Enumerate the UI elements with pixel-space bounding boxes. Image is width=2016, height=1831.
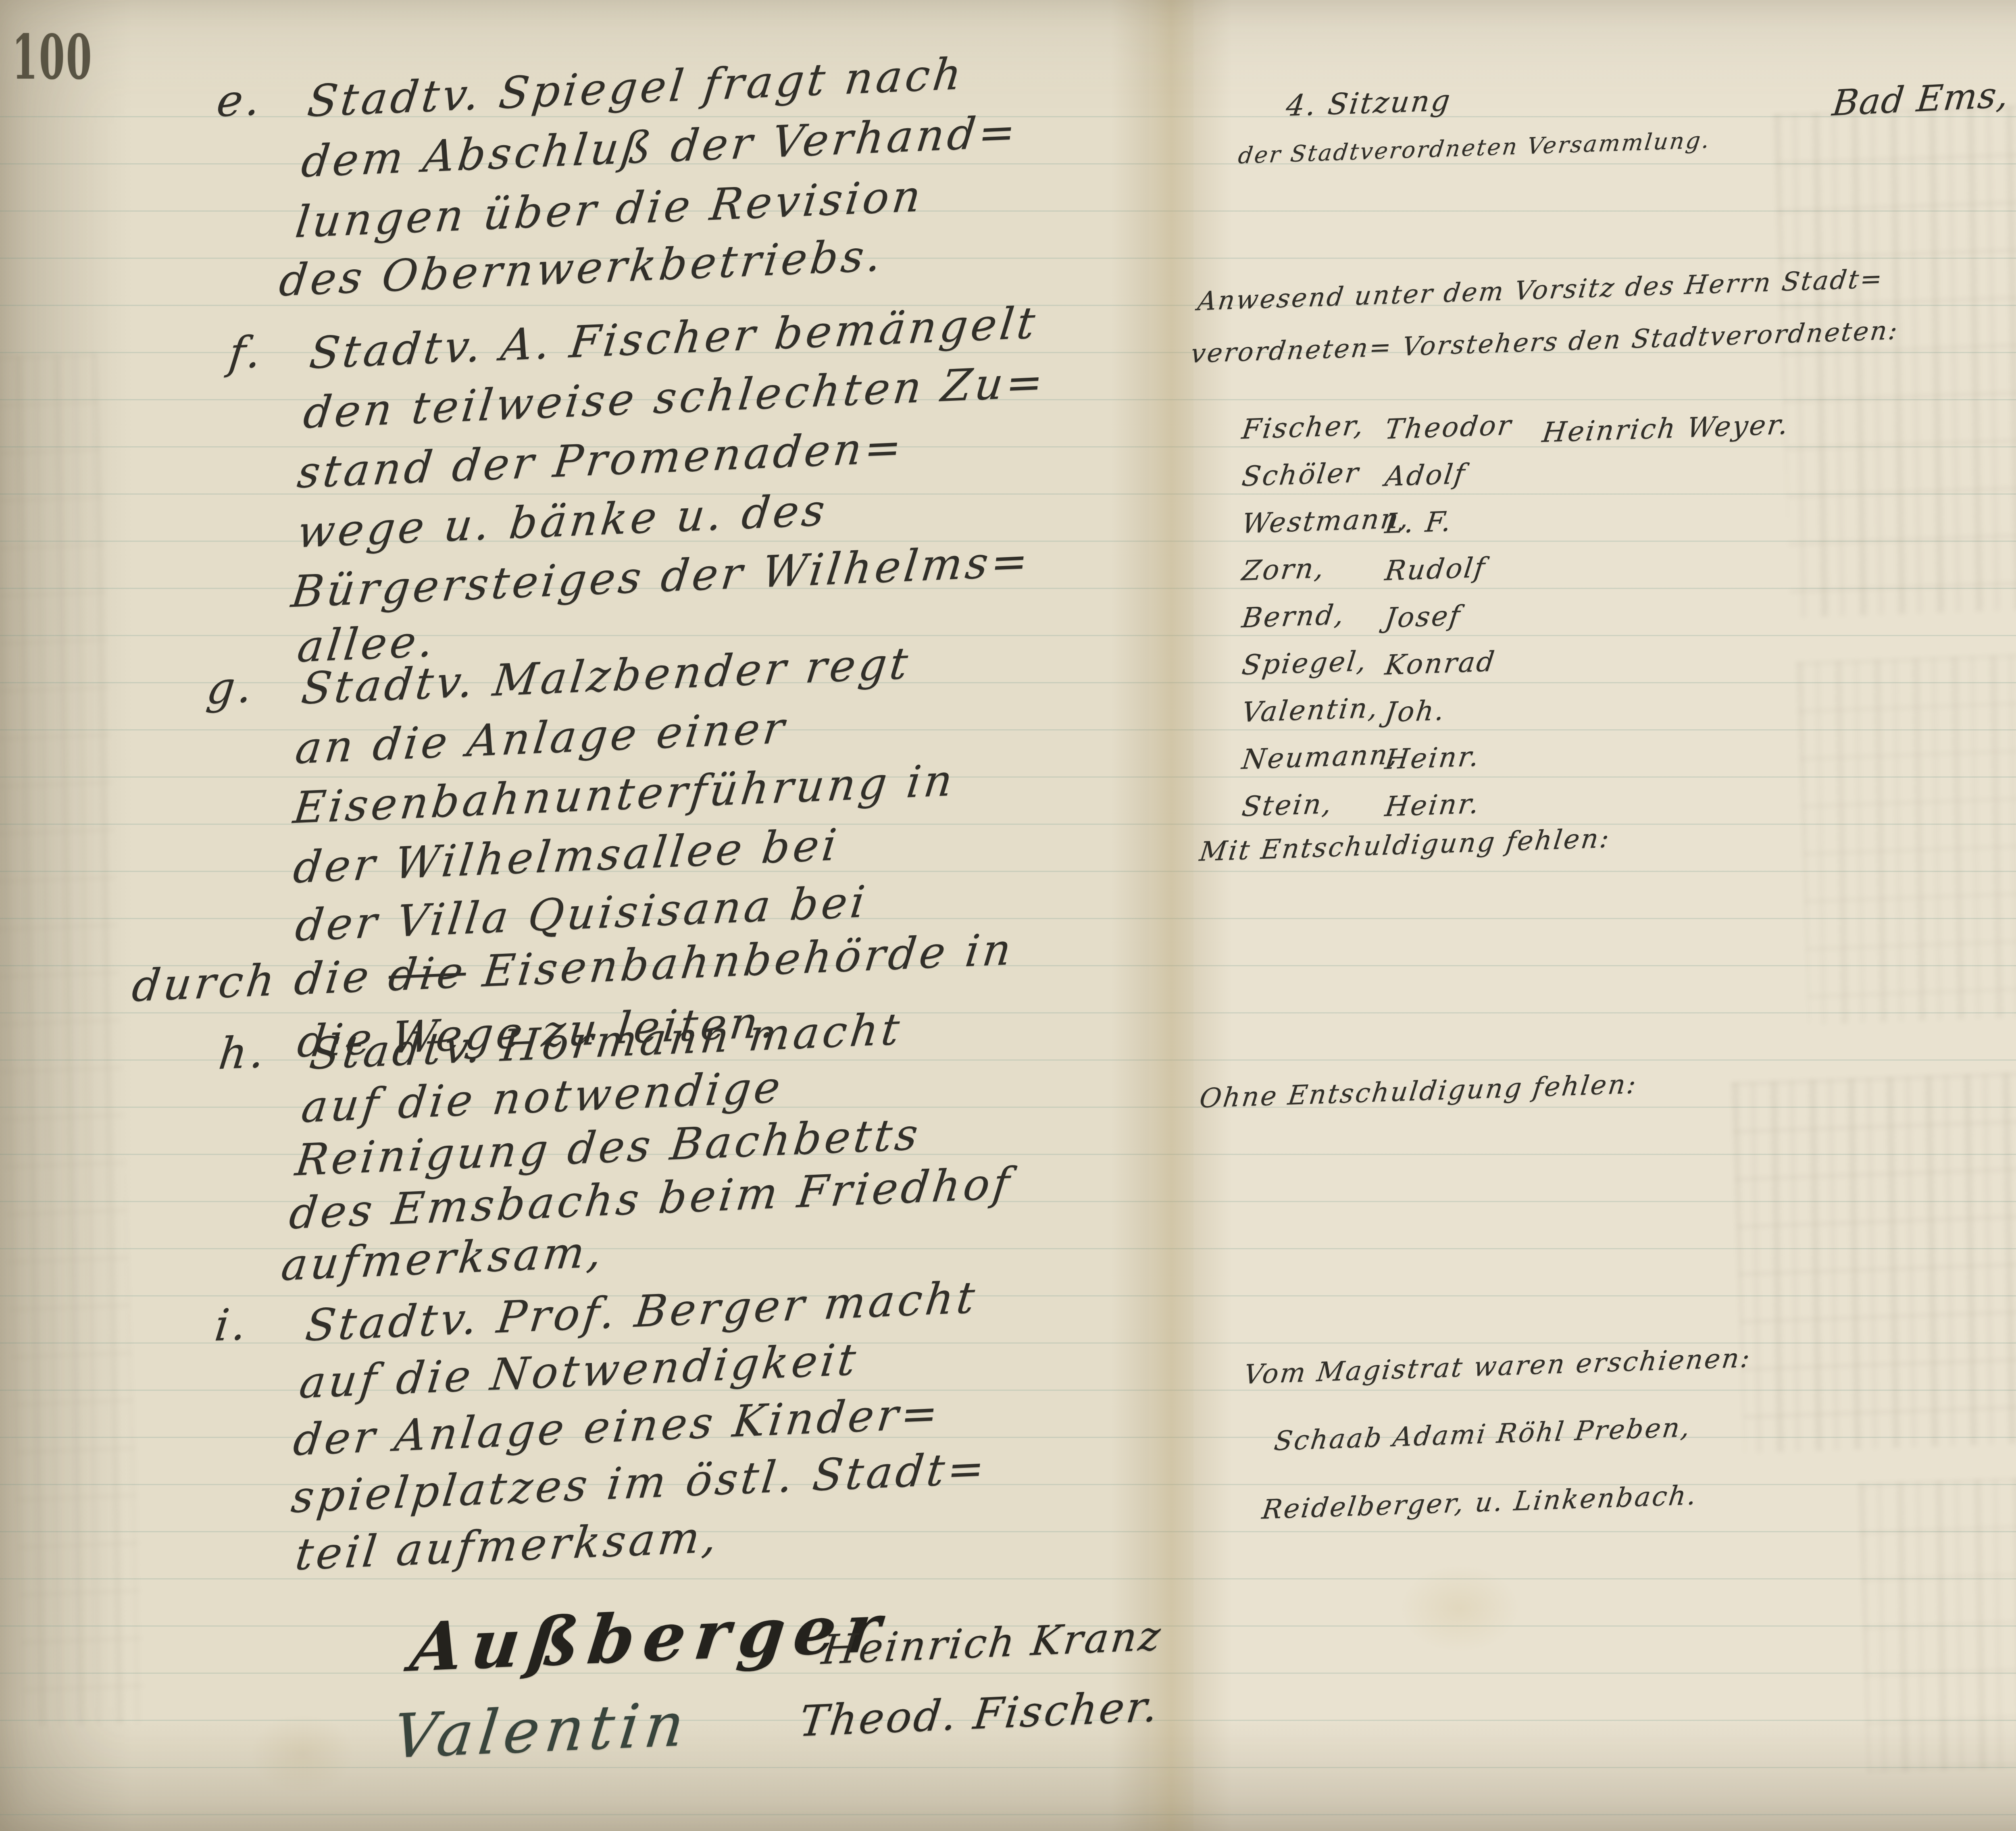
attendee-surname: Valentin, xyxy=(1240,694,1381,727)
signature-valentin: Valentin xyxy=(390,1693,693,1769)
attendee-forename: Heinr. xyxy=(1383,789,1482,822)
item-label-g: g. xyxy=(204,664,258,712)
attendee-row: Neumann, Heinr. xyxy=(1244,745,1929,798)
attendee-surname: Fischer, xyxy=(1240,411,1366,444)
attendee-surname: Schöler xyxy=(1240,458,1362,491)
session-title: 4. Sitzung xyxy=(1285,85,1454,121)
attendee-surname: Bernd, xyxy=(1240,601,1347,633)
item-label-e: e. xyxy=(215,77,266,125)
attendee-row: Westmann, L. F. xyxy=(1244,510,1929,562)
page-number-left: 100 xyxy=(12,21,93,93)
attendee-forename: Heinr. xyxy=(1383,742,1482,774)
dateline: Bad Ems, den 10. August 1933. xyxy=(1831,56,2016,122)
attendee-surname: Spiegel, xyxy=(1240,647,1369,680)
item-label-f: f. xyxy=(227,329,267,377)
attendee-forename: Joh. xyxy=(1383,696,1447,727)
attendee-forename: Josef xyxy=(1383,601,1463,633)
attendee-surname: Stein, xyxy=(1240,790,1335,822)
attendee-forename: Theodor xyxy=(1383,411,1514,444)
ink-bleedthrough xyxy=(1731,1062,2016,1453)
ledger-scan: 100 101 e. Stadtv. Spiegel fragt nach de… xyxy=(0,0,2016,1831)
struck-word: die xyxy=(386,947,469,1001)
attendee-forename: Adolf xyxy=(1383,460,1468,491)
attendee-forename: L. F. xyxy=(1383,507,1454,538)
attendee-forename: Rudolf xyxy=(1383,553,1488,586)
attendee-note: Heinrich Weyer. xyxy=(1541,410,1791,447)
binding-gutter xyxy=(1111,0,1232,1831)
attendee-surname: Neumann, xyxy=(1240,740,1401,774)
ink-bleedthrough xyxy=(1858,1468,2016,1774)
attendee-surname: Zorn, xyxy=(1240,554,1327,586)
item-label-h: h. xyxy=(217,1029,270,1077)
item-label-i: i. xyxy=(212,1301,252,1349)
attendee-forename: Konrad xyxy=(1383,647,1497,680)
